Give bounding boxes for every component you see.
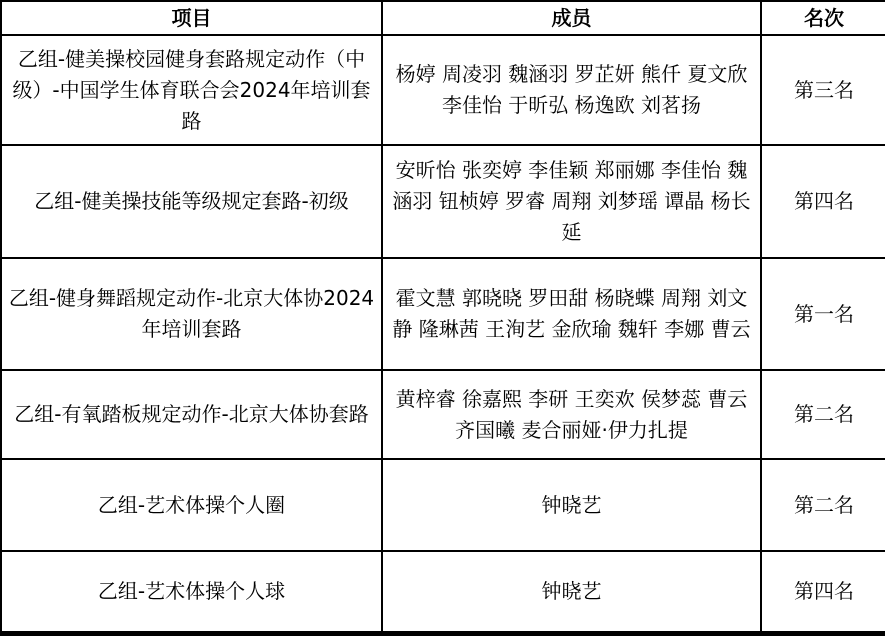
table-row: 乙组-艺术体操个人圈 钟晓艺 第二名	[1, 459, 885, 551]
members-cell: 钟晓艺	[382, 459, 761, 551]
project-cell: 乙组-健美操技能等级规定套路-初级	[1, 145, 382, 258]
rank-cell: 第二名	[761, 370, 885, 459]
project-cell: 乙组-健身舞蹈规定动作-北京大体协2024年培训套路	[1, 258, 382, 370]
column-header-members: 成员	[382, 1, 761, 35]
column-header-rank: 名次	[761, 1, 885, 35]
members-cell: 钟晓艺	[382, 551, 761, 633]
project-cell: 乙组-艺术体操个人圈	[1, 459, 382, 551]
table-row: 乙组-艺术体操个人球 钟晓艺 第四名	[1, 551, 885, 633]
rank-cell: 第一名	[761, 258, 885, 370]
rank-cell: 第三名	[761, 35, 885, 145]
table-row: 乙组-健身舞蹈规定动作-北京大体协2024年培训套路 霍文慧 郭晓晓 罗田甜 杨…	[1, 258, 885, 370]
members-cell: 霍文慧 郭晓晓 罗田甜 杨晓蝶 周翔 刘文静 隆琳茜 王洵艺 金欣瑜 魏轩 李娜…	[382, 258, 761, 370]
project-cell: 乙组-健美操校园健身套路规定动作（中级）-中国学生体育联合会2024年培训套路	[1, 35, 382, 145]
project-cell: 乙组-有氧踏板规定动作-北京大体协套路	[1, 370, 382, 459]
members-cell: 安昕怡 张奕婷 李佳颖 郑丽娜 李佳怡 魏涵羽 钮桢婷 罗睿 周翔 刘梦瑶 谭晶…	[382, 145, 761, 258]
results-table: 项目 成员 名次 乙组-健美操校园健身套路规定动作（中级）-中国学生体育联合会2…	[0, 0, 885, 636]
table-row: 乙组-健美操校园健身套路规定动作（中级）-中国学生体育联合会2024年培训套路 …	[1, 35, 885, 145]
header-row: 项目 成员 名次	[1, 1, 885, 35]
members-cell: 杨婷 周凌羽 魏涵羽 罗芷妍 熊仟 夏文欣 李佳怡 于昕弘 杨逸欧 刘茗扬	[382, 35, 761, 145]
members-cell: 黄梓睿 徐嘉熙 李研 王奕欢 侯梦蕊 曹云 齐国曦 麦合丽娅·伊力扎提	[382, 370, 761, 459]
project-cell: 乙组-艺术体操个人球	[1, 551, 382, 633]
rank-cell: 第四名	[761, 145, 885, 258]
column-header-project: 项目	[1, 1, 382, 35]
rank-cell: 第四名	[761, 551, 885, 633]
table-row: 乙组-有氧踏板规定动作-北京大体协套路 黄梓睿 徐嘉熙 李研 王奕欢 侯梦蕊 曹…	[1, 370, 885, 459]
rank-cell: 第二名	[761, 459, 885, 551]
table-row: 乙组-健美操技能等级规定套路-初级 安昕怡 张奕婷 李佳颖 郑丽娜 李佳怡 魏涵…	[1, 145, 885, 258]
